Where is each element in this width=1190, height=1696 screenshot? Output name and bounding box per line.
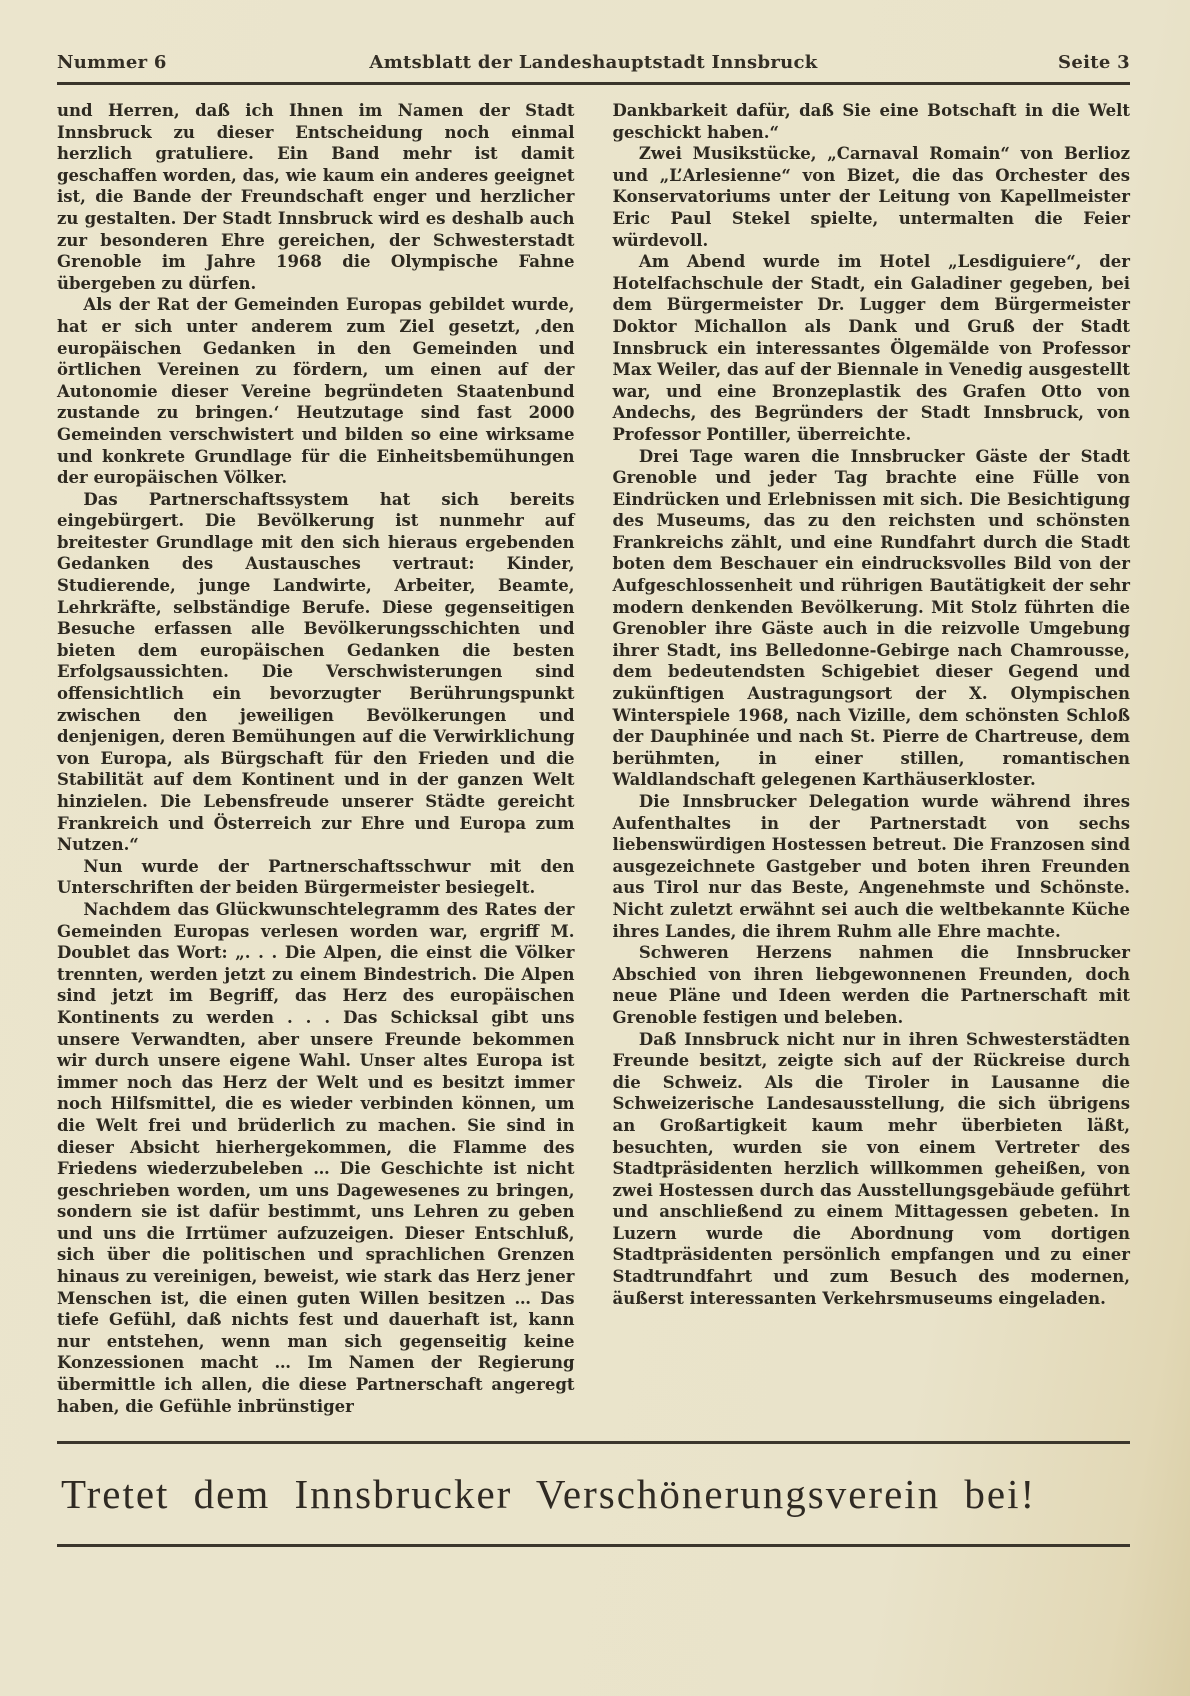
page-number: Seite 3 [910, 52, 1130, 73]
article-column-left: und Herren, daß ich Ihnen im Namen der S… [57, 100, 575, 1417]
article-body: und Herren, daß ich Ihnen im Namen der S… [57, 100, 1130, 1417]
paragraph: Als der Rat der Gemeinden Europas gebild… [57, 294, 575, 488]
header-rule [57, 82, 1130, 85]
article-column-right: Dankbarkeit dafür, daß Sie eine Botschaf… [613, 100, 1131, 1417]
paragraph: Die Innsbrucker Delegation wurde während… [613, 791, 1131, 942]
banner: Tretet dem Innsbrucker Verschönerungsver… [57, 1441, 1130, 1547]
paragraph: Daß Innsbruck nicht nur in ihren Schwest… [613, 1029, 1131, 1310]
paragraph: und Herren, daß ich Ihnen im Namen der S… [57, 100, 575, 294]
paragraph: Dankbarkeit dafür, daß Sie eine Botschaf… [613, 100, 1131, 143]
paragraph: Nun wurde der Partnerschaftsschwur mit d… [57, 856, 575, 899]
page: Nummer 6 Amtsblatt der Landeshauptstadt … [0, 0, 1190, 1696]
paragraph: Am Abend wurde im Hotel „Lesdiguiere“, d… [613, 251, 1131, 445]
banner-text: Tretet dem Innsbrucker Verschönerungsver… [57, 1444, 1130, 1544]
paragraph: Nachdem das Glückwunschtelegramm des Rat… [57, 899, 575, 1417]
paragraph: Schweren Herzens nahmen die Innsbrucker … [613, 942, 1131, 1028]
paragraph: Das Partnerschaftssystem hat sich bereit… [57, 489, 575, 856]
paragraph: Zwei Musikstücke, „Carnaval Romain“ von … [613, 143, 1131, 251]
masthead-title: Amtsblatt der Landeshauptstadt Innsbruck [277, 52, 910, 73]
banner-rule-bottom [57, 1544, 1130, 1547]
issue-number: Nummer 6 [57, 52, 277, 73]
masthead: Nummer 6 Amtsblatt der Landeshauptstadt … [57, 52, 1130, 73]
paragraph: Drei Tage waren die Innsbrucker Gäste de… [613, 446, 1131, 792]
